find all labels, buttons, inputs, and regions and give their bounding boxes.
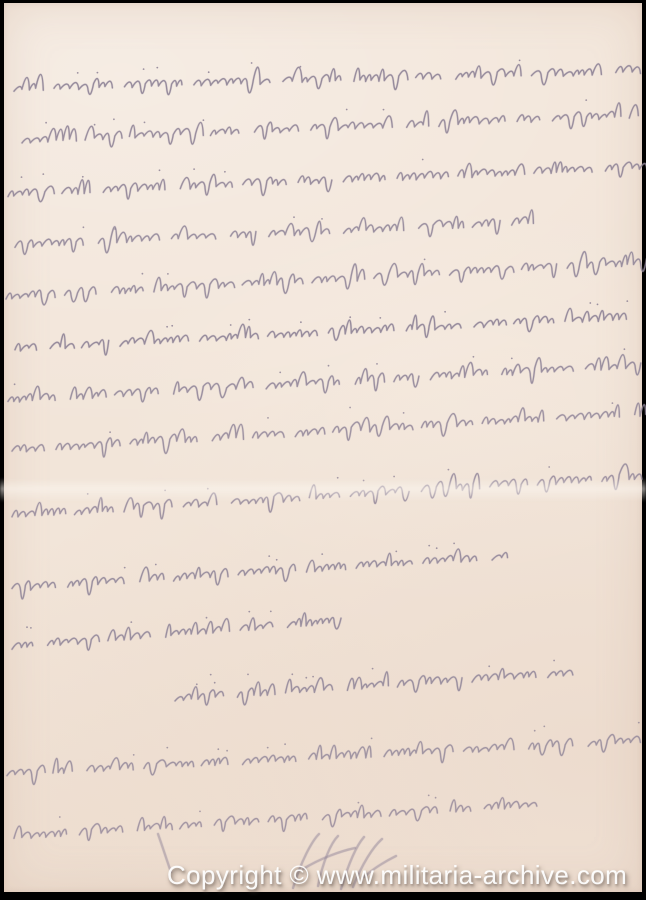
- scan-frame: Copyright © www.militaria-archive.com: [0, 0, 646, 900]
- letter-paper: [4, 3, 642, 892]
- copyright-watermark: Copyright © www.militaria-archive.com: [167, 860, 627, 891]
- scan-light-band: [0, 478, 646, 502]
